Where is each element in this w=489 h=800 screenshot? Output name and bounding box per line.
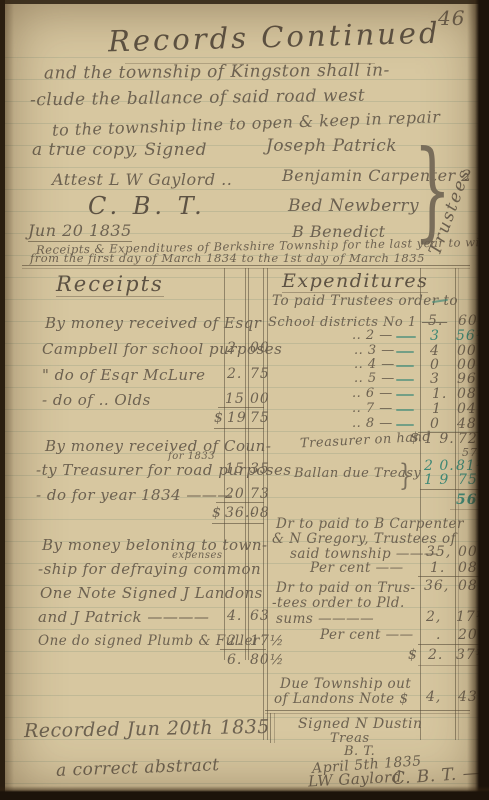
percent-label: Per cent —— — [320, 627, 414, 643]
green-leader-dash — [396, 365, 414, 367]
trustee-signature: Bed Newberry — [288, 196, 419, 216]
expenditure-entry: .. 8 — — [352, 416, 393, 431]
true-copy-line: a true copy, Signed — [32, 140, 207, 160]
balance-brace: } — [399, 458, 412, 493]
sum-rule — [220, 649, 266, 650]
total-symbol: $ — [214, 410, 224, 426]
page-edge-bottom — [0, 786, 489, 800]
amount-dollars: 2. — [227, 633, 242, 649]
page-edge-right — [467, 0, 489, 800]
amount-dollars: . — [436, 627, 441, 643]
expenditure-entry: sums ———— — [276, 611, 374, 627]
expenditure-entry: To paid Trustees order to — [272, 293, 458, 309]
receipt-entry: - do of .. Olds — [42, 391, 151, 409]
amount-cents: 00 — [250, 391, 270, 407]
amount-dollars: 1 — [432, 401, 442, 417]
section-rule — [265, 710, 470, 711]
amount-dollars: 15 — [225, 391, 245, 407]
percent-label: Per cent —— — [310, 560, 404, 576]
expenditure-entry: .. 7 — — [352, 401, 393, 416]
receipt-entry: -ship for defraying common — [38, 560, 261, 578]
receipt-entry: " do of Esqr McLure — [42, 366, 206, 384]
signature-box-rule — [270, 713, 271, 743]
total-dollars: 6. — [227, 652, 242, 668]
sum-rule — [218, 407, 264, 408]
total-dollars: 36, — [424, 578, 449, 594]
expenditure-entry: Dr to paid to B Carpenter — [276, 516, 464, 532]
amount-cents: 17½ — [250, 633, 284, 649]
receipt-entry: and J Patrick ———— — [38, 608, 209, 626]
amount-cents: 00 — [250, 340, 270, 356]
amount-dollars: 1. — [430, 560, 445, 576]
amount-dollars: 1 9 — [424, 472, 449, 488]
sum-rule — [216, 502, 264, 503]
amount-dollars: 2. — [227, 366, 242, 382]
amount-cents: 35 — [250, 461, 270, 477]
treasurer-signature: Signed N Dustin — [298, 716, 423, 732]
ledger-page-scan: 46 Records Continued and the township of… — [0, 0, 489, 800]
green-leader-dash — [396, 379, 414, 381]
paragraph-line: and the township of Kingston shall in- — [44, 60, 390, 83]
clerk-initials: C. B. T. — [88, 192, 206, 220]
table-top-rule — [22, 268, 470, 269]
total-symbol: $ — [212, 505, 222, 521]
amount-dollars: 4. — [227, 608, 242, 624]
amount-dollars: 3 — [430, 371, 440, 387]
amount-dollars: 1. — [432, 386, 447, 402]
receipts-heading: Receipts — [56, 272, 164, 297]
green-leader-dash — [396, 424, 414, 426]
abstract-heading-line: from the first day of March 1834 to the … — [30, 251, 425, 265]
page-number: 46 — [438, 6, 465, 30]
expenditure-entry: Dr to paid on Trus- — [276, 580, 416, 596]
table-top-rule — [22, 265, 470, 266]
expenditure-entry: .. 6 — — [352, 386, 393, 401]
amount-dollars: 2. — [227, 340, 242, 356]
amount-dollars: 4, — [426, 689, 441, 705]
signature-box-rule — [274, 713, 275, 743]
total-dollars: 19 — [227, 410, 247, 426]
amount-dollars: 2, — [426, 609, 441, 625]
expenditure-entry: -tees order to Pld. — [272, 595, 405, 611]
page-edge-left — [0, 0, 14, 800]
total-underline — [212, 523, 264, 524]
total-dollars: 1 9. — [424, 431, 455, 447]
section-rule — [265, 713, 470, 714]
expenditures-heading: Expenditures — [282, 270, 428, 293]
amount-cents: 63 — [250, 608, 270, 624]
receipt-entry: By money received of Esqr — [45, 314, 261, 332]
money-column-rule — [420, 268, 421, 740]
amount-dollars: 3 — [430, 328, 440, 344]
receipt-entry: By money beloning to town- — [42, 536, 268, 554]
expenditure-entry: .. 4 — — [354, 357, 395, 372]
receipt-entry: One Note Signed J Landons — [40, 584, 263, 602]
amount-cents: 73 — [250, 486, 270, 502]
page-edge-top — [0, 0, 489, 4]
center-divider-rule — [267, 268, 268, 740]
green-leader-dash — [396, 336, 416, 338]
total-symbol: $ — [410, 430, 420, 446]
total-cents: 08 — [250, 505, 270, 521]
due-entry: of Landons Note $ — [274, 691, 409, 707]
amount-dollars: 20 — [225, 486, 245, 502]
green-leader-dash — [396, 394, 414, 396]
expenditure-entry: .. 5 — — [354, 371, 395, 386]
receipt-entry: - do for year 1834 ——— — [36, 486, 233, 504]
attest-line: Attest L W Gaylord .. — [52, 170, 232, 189]
receipt-entry: Campbell for school purposes — [42, 340, 282, 358]
total-cents: 80½ — [250, 652, 284, 668]
expenditure-entry: .. 2 — — [352, 328, 393, 343]
center-divider-rule — [263, 268, 264, 740]
expenditure-entry: .. 3 — — [354, 343, 395, 358]
amount-dollars: 5. — [428, 313, 443, 329]
amount-dollars: 35, — [426, 544, 451, 560]
receipt-entry: By money received of Coun- — [45, 437, 271, 455]
amount-cents: 75 — [250, 366, 270, 382]
certification-date: Jun 20 1835 — [28, 221, 132, 242]
recorded-line: Recorded Jun 20th 1835 — [24, 716, 270, 742]
trustee-signature: Joseph Patrick — [266, 136, 397, 156]
green-leader-dash — [396, 351, 414, 353]
amount-dollars: 15 — [225, 461, 245, 477]
total-cents: 75 — [250, 410, 270, 426]
green-leader-dash — [396, 409, 414, 411]
due-entry: Due Township out — [280, 676, 411, 692]
amount-dollars: 0 — [430, 416, 440, 432]
total-underline — [214, 428, 264, 429]
total-symbol: $ — [408, 647, 418, 663]
total-dollars: 2. — [428, 647, 443, 663]
